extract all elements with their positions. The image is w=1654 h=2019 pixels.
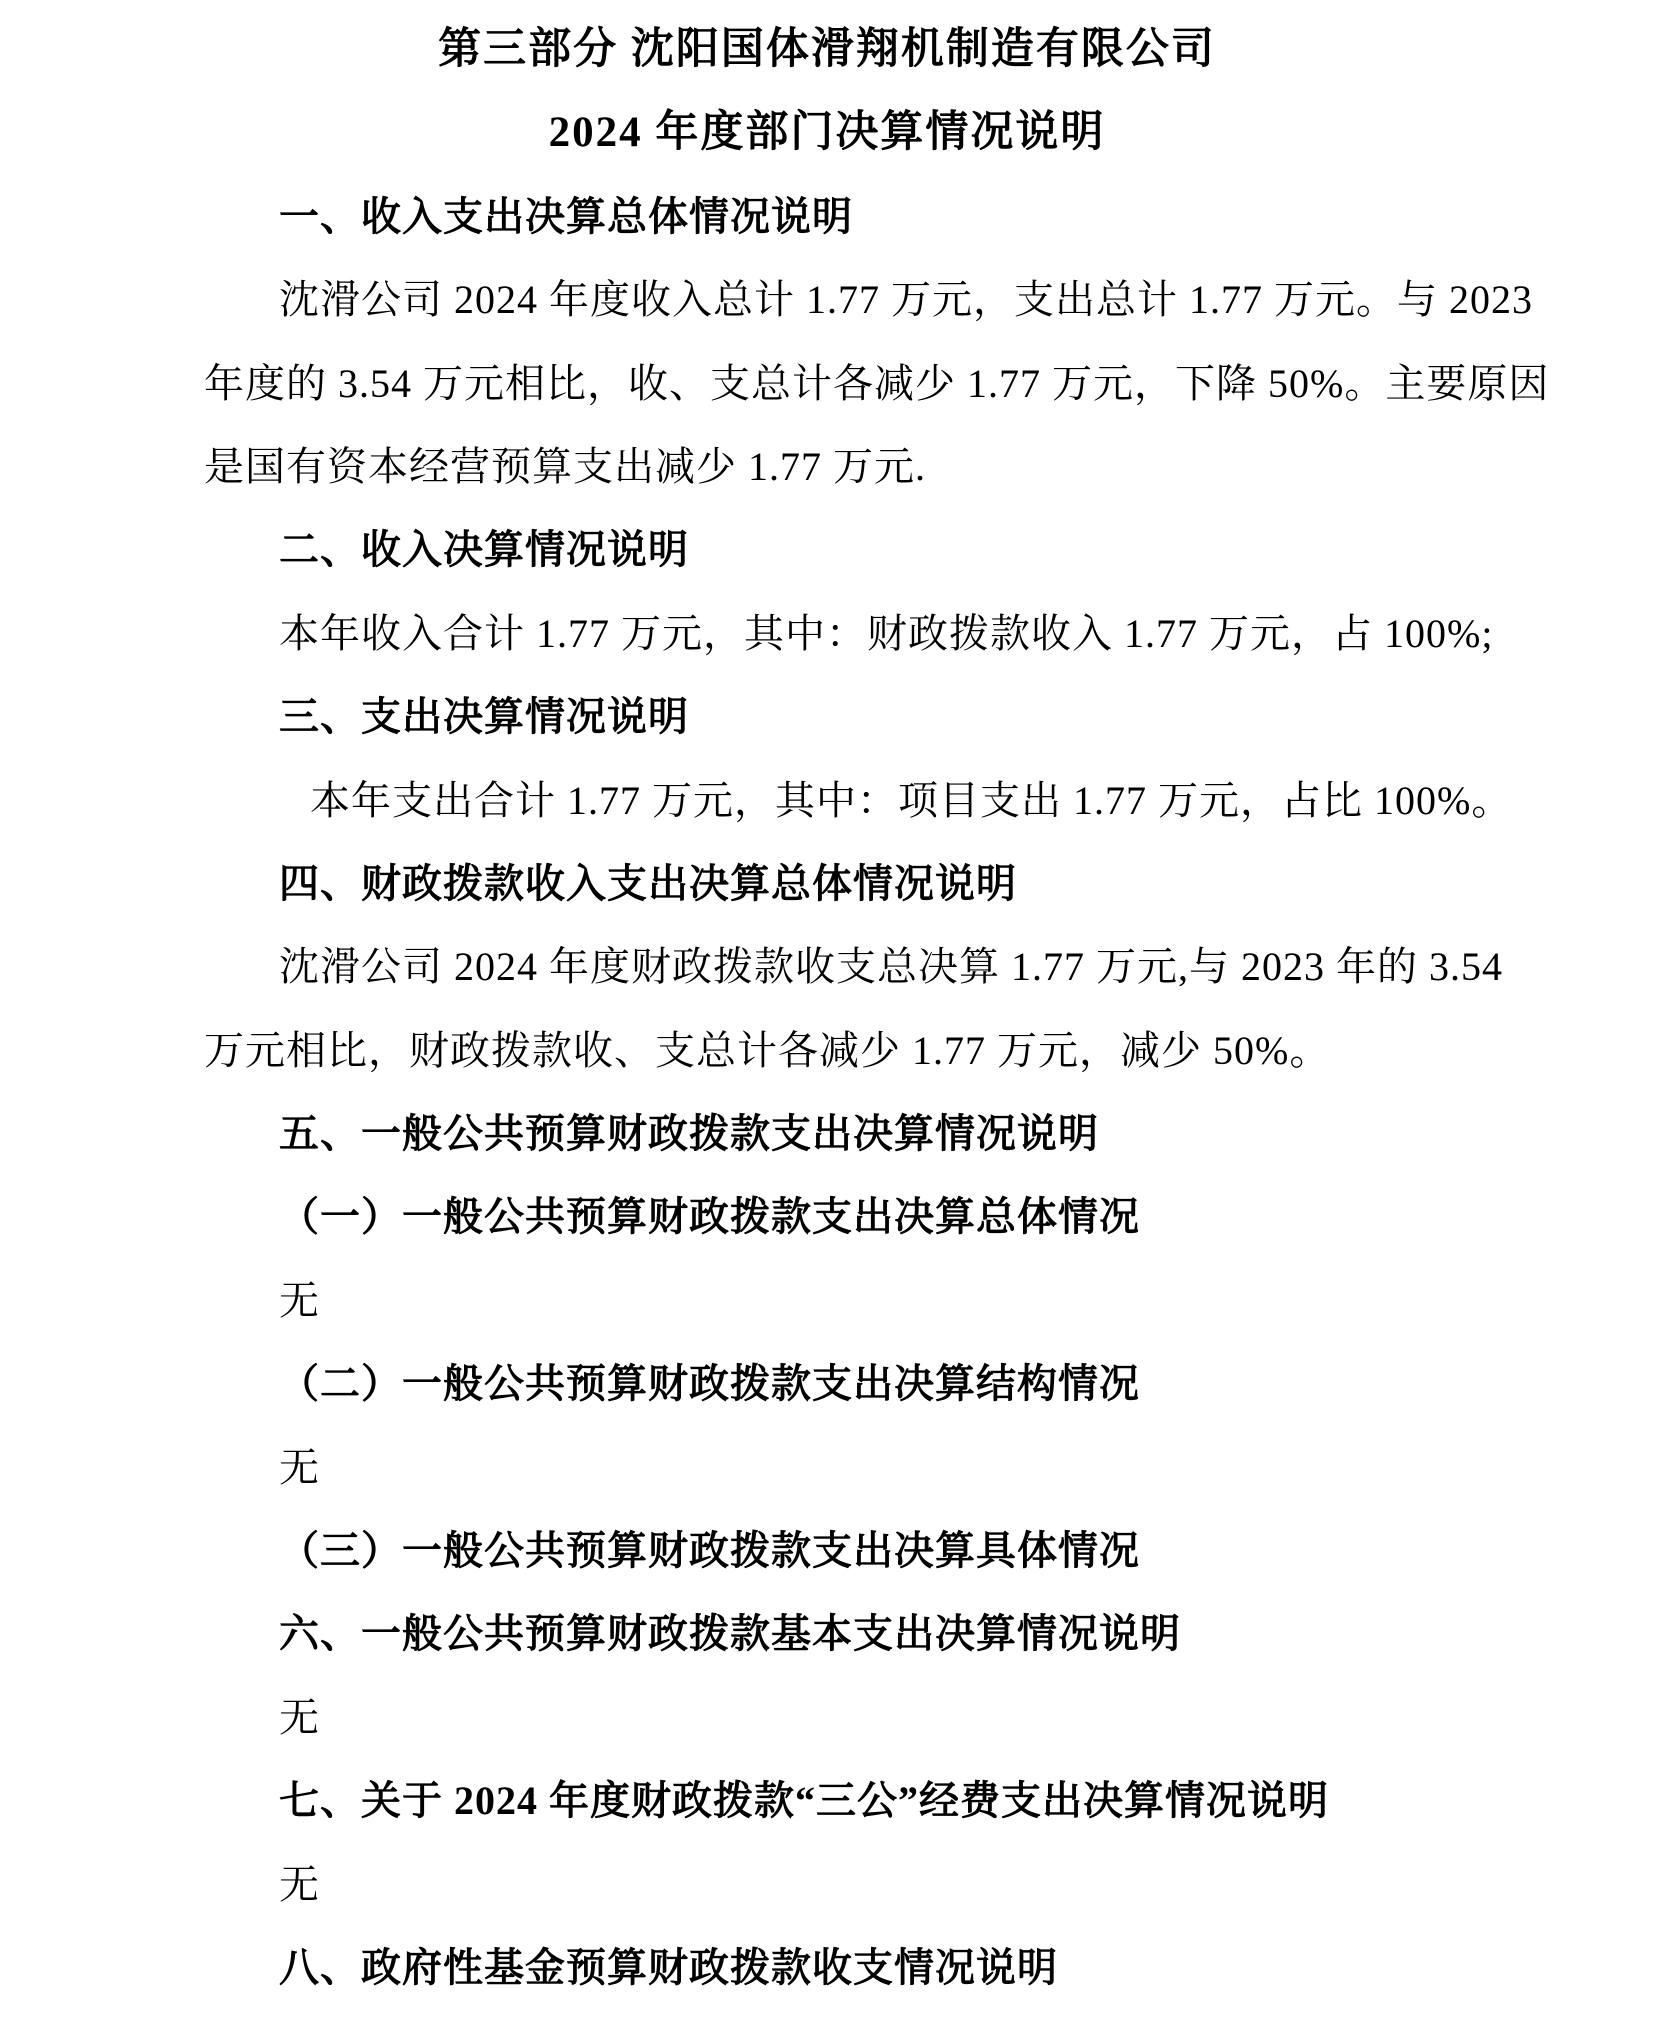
document-page: 第三部分 沈阳国体滑翔机制造有限公司2024 年度部门决算情况说明一、收入支出决… xyxy=(0,0,1654,2019)
section-heading: 六、一般公共预算财政拨款基本支出决算情况说明 xyxy=(204,1592,1450,1675)
section-heading: 四、财政拨款收入支出决算总体情况说明 xyxy=(204,842,1450,925)
paragraph-line: 无 xyxy=(204,1259,1450,1342)
section-heading: （二）一般公共预算财政拨款支出决算结构情况 xyxy=(204,1342,1450,1425)
paragraph-line: 沈滑公司 2024 年度收入总计 1.77 万元，支出总计 1.77 万元。与 … xyxy=(204,258,1450,341)
paragraph-line: 无 xyxy=(204,1843,1450,1926)
section-heading: 二、收入决算情况说明 xyxy=(204,508,1450,591)
doc-title-line: 2024 年度部门决算情况说明 xyxy=(204,91,1450,174)
paragraph-line: 本年支出合计 1.77 万元，其中：项目支出 1.77 万元，占比 100%。 xyxy=(204,759,1450,842)
document-body: 第三部分 沈阳国体滑翔机制造有限公司2024 年度部门决算情况说明一、收入支出决… xyxy=(204,8,1450,2009)
paragraph-line: 年度的 3.54 万元相比，收、支总计各减少 1.77 万元，下降 50%。主要… xyxy=(204,342,1450,425)
section-heading: 五、一般公共预算财政拨款支出决算情况说明 xyxy=(204,1092,1450,1175)
doc-title-line: 第三部分 沈阳国体滑翔机制造有限公司 xyxy=(204,8,1450,91)
section-heading: 三、支出决算情况说明 xyxy=(204,675,1450,758)
section-heading: （三）一般公共预算财政拨款支出决算具体情况 xyxy=(204,1509,1450,1592)
paragraph-line: 无 xyxy=(204,1426,1450,1509)
section-heading: 八、政府性基金预算财政拨款收支情况说明 xyxy=(204,1926,1450,2009)
paragraph-line: 本年收入合计 1.77 万元，其中：财政拨款收入 1.77 万元，占 100%; xyxy=(204,592,1450,675)
paragraph-line: 无 xyxy=(204,1676,1450,1759)
paragraph-line: 是国有资本经营预算支出减少 1.77 万元. xyxy=(204,425,1450,508)
paragraph-line: 万元相比，财政拨款收、支总计各减少 1.77 万元，减少 50%。 xyxy=(204,1009,1450,1092)
section-heading: 七、关于 2024 年度财政拨款“三公”经费支出决算情况说明 xyxy=(204,1759,1450,1842)
section-heading: 一、收入支出决算总体情况说明 xyxy=(204,175,1450,258)
section-heading: （一）一般公共预算财政拨款支出决算总体情况 xyxy=(204,1175,1450,1258)
paragraph-line: 沈滑公司 2024 年度财政拨款收支总决算 1.77 万元,与 2023 年的 … xyxy=(204,925,1450,1008)
